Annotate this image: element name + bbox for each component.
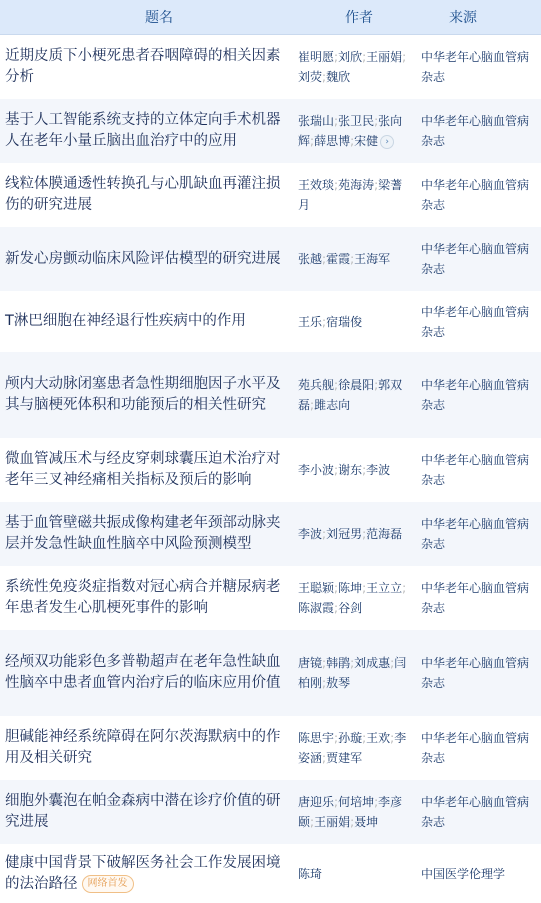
author-cell: 唐镜;韩鹃;刘成惠;闫柏刚;敖琴: [298, 630, 413, 716]
author-link[interactable]: 王欢: [366, 731, 390, 745]
source-cell: 中国医学伦理学: [413, 844, 541, 903]
column-header-title[interactable]: 题名: [0, 0, 298, 34]
table-row: 健康中国背景下破解医务社会工作发展困境的法治路径网络首发陈琦中国医学伦理学: [0, 844, 541, 903]
table-row: 基于人工智能系统支持的立体定向手术机器人在老年小量丘脑出血治疗中的应用张瑞山;张…: [0, 99, 541, 163]
author-link[interactable]: 谷剑: [338, 601, 362, 615]
title-cell: 新发心房颤动临床风险评估模型的研究进展: [0, 227, 298, 291]
table-row: 胆碱能神经系统障碍在阿尔茨海默病中的作用及相关研究陈思宇;孙璇;王欢;李姿涵;贾…: [0, 716, 541, 780]
source-cell: 中华老年心脑血管病杂志: [413, 630, 541, 716]
title-cell: 基于血管壁磁共振成像构建老年颈部动脉夹层并发急性缺血性脑卒中风险预测模型: [0, 502, 298, 566]
author-link[interactable]: 陈思宇: [298, 731, 334, 745]
author-link[interactable]: 王立立: [366, 581, 402, 595]
journal-source-link[interactable]: 中华老年心脑血管病杂志: [421, 305, 529, 339]
journal-source-link[interactable]: 中华老年心脑血管病杂志: [421, 114, 529, 148]
source-cell: 中华老年心脑血管病杂志: [413, 291, 541, 352]
author-link[interactable]: 何培坤: [338, 795, 374, 809]
author-link[interactable]: 宿瑞俊: [326, 315, 362, 329]
author-cell: 王效琰;苑海涛;梁蓍月: [298, 163, 413, 227]
author-link[interactable]: 王丽娟: [314, 815, 350, 829]
title-cell: 经颅双功能彩色多普勒超声在老年急性缺血性脑卒中患者血管内治疗后的临床应用价值: [0, 630, 298, 716]
author-link[interactable]: 李波: [366, 463, 390, 477]
journal-source-link[interactable]: 中华老年心脑血管病杂志: [421, 517, 529, 551]
journal-source-link[interactable]: 中华老年心脑血管病杂志: [421, 453, 529, 487]
journal-source-link[interactable]: 中华老年心脑血管病杂志: [421, 50, 529, 84]
title-cell: 近期皮质下小梗死患者吞咽障碍的相关因素分析: [0, 34, 298, 99]
source-cell: 中华老年心脑血管病杂志: [413, 438, 541, 502]
table-row: 细胞外囊泡在帕金森病中潜在诊疗价值的研究进展唐迎乐;何培坤;李彦颐;王丽娟;聂坤…: [0, 780, 541, 844]
author-link[interactable]: 陈淑霞: [298, 601, 334, 615]
author-link[interactable]: 张越: [298, 252, 322, 266]
article-title-link[interactable]: T淋巴细胞在神经退行性疾病中的作用: [5, 313, 246, 329]
table-row: 线粒体膜通透性转换孔与心肌缺血再灌注损伤的研究进展王效琰;苑海涛;梁蓍月中华老年…: [0, 163, 541, 227]
author-link[interactable]: 霍霞: [326, 252, 350, 266]
table-row: 新发心房颤动临床风险评估模型的研究进展张越;霍霞;王海军中华老年心脑血管病杂志: [0, 227, 541, 291]
source-cell: 中华老年心脑血管病杂志: [413, 780, 541, 844]
author-link[interactable]: 李小波: [298, 463, 334, 477]
author-link[interactable]: 张卫民: [338, 114, 374, 128]
article-title-link[interactable]: 颅内大动脉闭塞患者急性期细胞因子水平及其与脑梗死体积和功能预后的相关性研究: [5, 376, 281, 413]
author-link[interactable]: 徐晨阳: [338, 378, 374, 392]
author-link[interactable]: 刘荧: [298, 70, 322, 84]
author-link[interactable]: 谢东: [338, 463, 362, 477]
article-title-link[interactable]: 健康中国背景下破解医务社会工作发展困境的法治路径: [5, 855, 281, 892]
author-link[interactable]: 宋健: [354, 134, 378, 148]
author-link[interactable]: 敖琴: [326, 676, 350, 690]
author-cell: 王乐;宿瑞俊: [298, 291, 413, 352]
article-title-link[interactable]: 基于血管壁磁共振成像构建老年颈部动脉夹层并发急性缺血性脑卒中风险预测模型: [5, 515, 281, 552]
title-cell: 细胞外囊泡在帕金森病中潜在诊疗价值的研究进展: [0, 780, 298, 844]
article-title-link[interactable]: 细胞外囊泡在帕金森病中潜在诊疗价值的研究进展: [5, 793, 281, 830]
author-cell: 张瑞山;张卫民;张向辉;薛思博;宋健›: [298, 99, 413, 163]
author-link[interactable]: 刘欣: [338, 50, 362, 64]
table-row: 微血管减压术与经皮穿刺球囊压迫术治疗对老年三叉神经痛相关指标及预后的影响李小波;…: [0, 438, 541, 502]
source-cell: 中华老年心脑血管病杂志: [413, 34, 541, 99]
article-title-link[interactable]: 经颅双功能彩色多普勒超声在老年急性缺血性脑卒中患者血管内治疗后的临床应用价值: [5, 654, 281, 691]
title-cell: 微血管减压术与经皮穿刺球囊压迫术治疗对老年三叉神经痛相关指标及预后的影响: [0, 438, 298, 502]
table-body: 近期皮质下小梗死患者吞咽障碍的相关因素分析崔明愿;刘欣;王丽娟;刘荧;魏欣中华老…: [0, 34, 541, 903]
article-title-link[interactable]: 系统性免疫炎症指数对冠心病合并糖尿病老年患者发生心肌梗死事件的影响: [5, 579, 281, 616]
journal-source-link[interactable]: 中华老年心脑血管病杂志: [421, 378, 529, 412]
title-cell: 线粒体膜通透性转换孔与心肌缺血再灌注损伤的研究进展: [0, 163, 298, 227]
author-link[interactable]: 贾建军: [326, 751, 362, 765]
source-cell: 中华老年心脑血管病杂志: [413, 566, 541, 630]
title-cell: 系统性免疫炎症指数对冠心病合并糖尿病老年患者发生心肌梗死事件的影响: [0, 566, 298, 630]
article-title-link[interactable]: 近期皮质下小梗死患者吞咽障碍的相关因素分析: [5, 48, 281, 85]
author-cell: 张越;霍霞;王海军: [298, 227, 413, 291]
journal-source-link[interactable]: 中华老年心脑血管病杂志: [421, 581, 529, 615]
table-header: 题名 作者 来源: [0, 0, 541, 34]
title-cell: 基于人工智能系统支持的立体定向手术机器人在老年小量丘脑出血治疗中的应用: [0, 99, 298, 163]
author-separator: ;: [402, 581, 406, 595]
source-cell: 中华老年心脑血管病杂志: [413, 163, 541, 227]
author-link[interactable]: 唐迎乐: [298, 795, 334, 809]
title-cell: 颅内大动脉闭塞患者急性期细胞因子水平及其与脑梗死体积和功能预后的相关性研究: [0, 352, 298, 438]
table-row: 系统性免疫炎症指数对冠心病合并糖尿病老年患者发生心肌梗死事件的影响王聪颖;陈坤;…: [0, 566, 541, 630]
article-title-link[interactable]: 胆碱能神经系统障碍在阿尔茨海默病中的作用及相关研究: [5, 729, 281, 766]
author-link[interactable]: 陈坤: [338, 581, 362, 595]
author-link[interactable]: 李波: [298, 527, 322, 541]
author-link[interactable]: 魏欣: [326, 70, 350, 84]
author-link[interactable]: 薛思博: [314, 134, 350, 148]
author-link[interactable]: 王效琰: [298, 178, 334, 192]
author-link[interactable]: 王丽娟: [366, 50, 402, 64]
author-separator: ;: [402, 50, 406, 64]
article-title-link[interactable]: 微血管减压术与经皮穿刺球囊压迫术治疗对老年三叉神经痛相关指标及预后的影响: [5, 451, 281, 488]
author-cell: 李波;刘冠男;范海磊: [298, 502, 413, 566]
author-cell: 王聪颖;陈坤;王立立;陈淑霞;谷剑: [298, 566, 413, 630]
author-link[interactable]: 韩鹃: [326, 656, 350, 670]
author-link[interactable]: 范海磊: [366, 527, 402, 541]
author-link[interactable]: 雎志向: [314, 398, 350, 412]
table-row: 颅内大动脉闭塞患者急性期细胞因子水平及其与脑梗死体积和功能预后的相关性研究苑兵舰…: [0, 352, 541, 438]
source-cell: 中华老年心脑血管病杂志: [413, 99, 541, 163]
author-cell: 陈琦: [298, 844, 413, 903]
article-title-link[interactable]: 线粒体膜通透性转换孔与心肌缺血再灌注损伤的研究进展: [5, 176, 281, 213]
online-first-badge: 网络首发: [82, 875, 134, 893]
author-link[interactable]: 张瑞山: [298, 114, 334, 128]
author-cell: 陈思宇;孙璇;王欢;李姿涵;贾建军: [298, 716, 413, 780]
author-link[interactable]: 刘冠男: [326, 527, 362, 541]
article-title-link[interactable]: 新发心房颤动临床风险评估模型的研究进展: [5, 251, 281, 267]
title-cell: T淋巴细胞在神经退行性疾病中的作用: [0, 291, 298, 352]
author-link[interactable]: 陈琦: [298, 867, 322, 881]
author-cell: 唐迎乐;何培坤;李彦颐;王丽娟;聂坤: [298, 780, 413, 844]
author-link[interactable]: 刘成惠: [354, 656, 390, 670]
column-header-author[interactable]: 作者: [298, 0, 413, 34]
journal-source-link[interactable]: 中华老年心脑血管病杂志: [421, 656, 529, 690]
source-cell: 中华老年心脑血管病杂志: [413, 502, 541, 566]
journal-source-link[interactable]: 中华老年心脑血管病杂志: [421, 178, 529, 212]
source-cell: 中华老年心脑血管病杂志: [413, 352, 541, 438]
journal-source-link[interactable]: 中华老年心脑血管病杂志: [421, 242, 529, 276]
author-cell: 李小波;谢东;李波: [298, 438, 413, 502]
table-row: 基于血管壁磁共振成像构建老年颈部动脉夹层并发急性缺血性脑卒中风险预测模型李波;刘…: [0, 502, 541, 566]
table-row: T淋巴细胞在神经退行性疾病中的作用王乐;宿瑞俊中华老年心脑血管病杂志: [0, 291, 541, 352]
author-link[interactable]: 苑海涛: [338, 178, 374, 192]
author-link[interactable]: 苑兵舰: [298, 378, 334, 392]
author-link[interactable]: 崔明愿: [298, 50, 334, 64]
source-cell: 中华老年心脑血管病杂志: [413, 716, 541, 780]
article-title-link[interactable]: 基于人工智能系统支持的立体定向手术机器人在老年小量丘脑出血治疗中的应用: [5, 112, 281, 149]
author-link[interactable]: 王海军: [354, 252, 390, 266]
expand-authors-icon[interactable]: ›: [380, 135, 394, 149]
journal-source-link[interactable]: 中国医学伦理学: [421, 867, 505, 881]
results-table: 题名 作者 来源 近期皮质下小梗死患者吞咽障碍的相关因素分析崔明愿;刘欣;王丽娟…: [0, 0, 541, 903]
author-link[interactable]: 孙璇: [338, 731, 362, 745]
author-cell: 崔明愿;刘欣;王丽娟;刘荧;魏欣: [298, 34, 413, 99]
journal-source-link[interactable]: 中华老年心脑血管病杂志: [421, 795, 529, 829]
author-link[interactable]: 聂坤: [354, 815, 378, 829]
author-link[interactable]: 唐镜: [298, 656, 322, 670]
title-cell: 健康中国背景下破解医务社会工作发展困境的法治路径网络首发: [0, 844, 298, 903]
column-header-source[interactable]: 来源: [413, 0, 541, 34]
author-link[interactable]: 王聪颖: [298, 581, 334, 595]
author-link[interactable]: 王乐: [298, 315, 322, 329]
author-cell: 苑兵舰;徐晨阳;郭双磊;雎志向: [298, 352, 413, 438]
title-cell: 胆碱能神经系统障碍在阿尔茨海默病中的作用及相关研究: [0, 716, 298, 780]
journal-source-link[interactable]: 中华老年心脑血管病杂志: [421, 731, 529, 765]
table-row: 近期皮质下小梗死患者吞咽障碍的相关因素分析崔明愿;刘欣;王丽娟;刘荧;魏欣中华老…: [0, 34, 541, 99]
source-cell: 中华老年心脑血管病杂志: [413, 227, 541, 291]
table-row: 经颅双功能彩色多普勒超声在老年急性缺血性脑卒中患者血管内治疗后的临床应用价值唐镜…: [0, 630, 541, 716]
